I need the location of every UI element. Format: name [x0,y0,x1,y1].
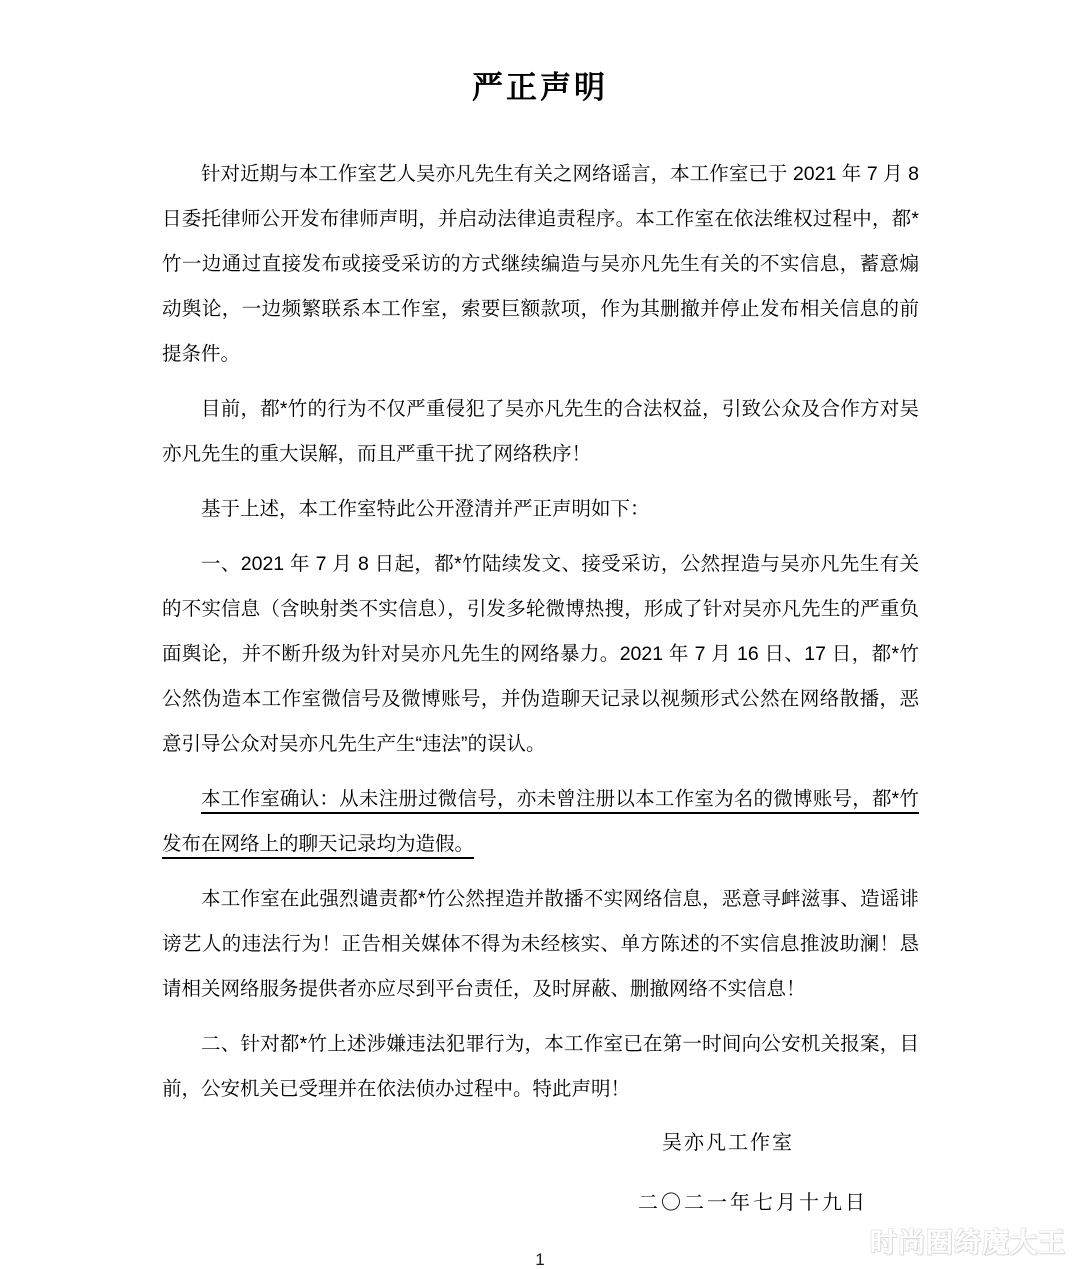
statement-paragraph-7: 二、针对都*竹上述涉嫌违法犯罪行为，本工作室已在第一时间向公安机关报案，目前，公… [162,1022,919,1112]
statement-body: 针对近期与本工作室艺人吴亦凡先生有关之网络谣言，本工作室已于 2021 年 7 … [162,152,919,1112]
statement-paragraph-3: 基于上述，本工作室特此公开澄清并严正声明如下： [162,487,919,532]
page-title: 严正声明 [0,0,1080,108]
statement-page: 严正声明 针对近期与本工作室艺人吴亦凡先生有关之网络谣言，本工作室已于 2021… [0,0,1080,1269]
statement-paragraph-5-underlined-confirmation: 本工作室确认：从未注册过微信号，亦未曾注册以本工作室为名的微博账号，都*竹发布在… [162,777,919,867]
statement-paragraph-6: 本工作室在此强烈谴责都*竹公然捏造并散播不实网络信息，恶意寻衅滋事、造谣诽谤艺人… [162,877,919,1012]
watermark-text: 时尚圈绮魔大王 [870,1221,1066,1260]
statement-paragraph-1: 针对近期与本工作室艺人吴亦凡先生有关之网络谣言，本工作室已于 2021 年 7 … [162,152,919,377]
statement-paragraph-4: 一、2021 年 7 月 8 日起，都*竹陆续发文、接受采访，公然捏造与吴亦凡先… [162,542,919,767]
statement-date: 二〇二一年七月十九日 [638,1188,868,1218]
studio-signature: 吴亦凡工作室 [662,1128,794,1158]
statement-paragraph-2: 目前，都*竹的行为不仅严重侵犯了吴亦凡先生的合法权益，引致公众及合作方对吴亦凡先… [162,387,919,477]
